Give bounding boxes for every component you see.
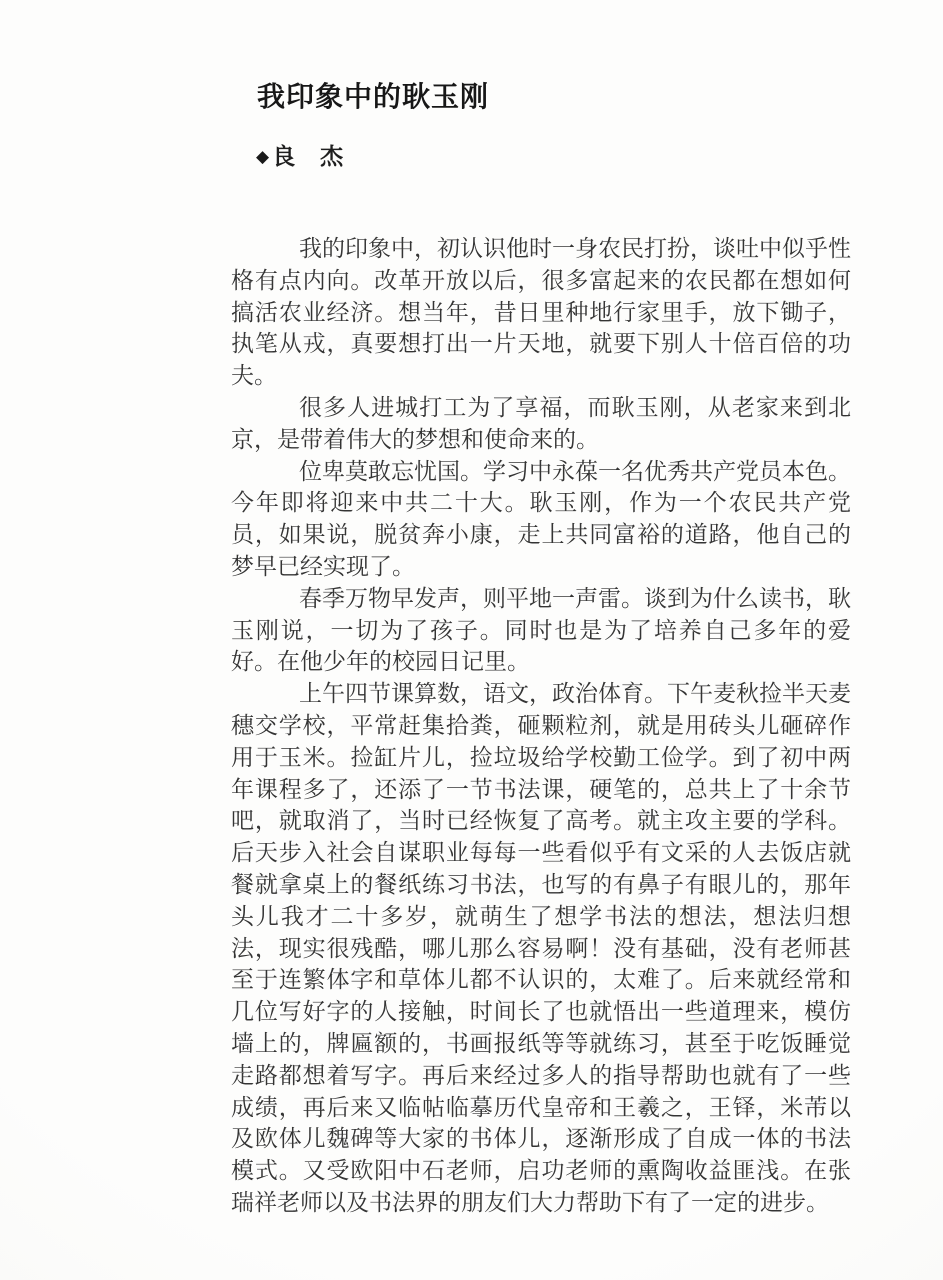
paragraph: 很多人进城打工为了享福，而耿玉刚，从老家来到北京，是带着伟大的梦想和使命来的。 bbox=[231, 392, 851, 456]
author-line: ◆良 杰 bbox=[256, 141, 344, 173]
author-name: 良 杰 bbox=[272, 144, 344, 169]
document-page: 我印象中的耿玉刚 ◆良 杰 我的印象中，初认识他时一身农民打扮，谈吐中似乎性格有… bbox=[0, 0, 943, 1280]
paragraph: 春季万物早发声，则平地一声雷。谈到为什么读书，耿玉刚说，一切为了孩子。同时也是为… bbox=[231, 583, 851, 678]
paragraph: 位卑莫敢忘忧国。学习中永葆一名优秀共产党员本色。今年即将迎来中共二十大。耿玉刚，… bbox=[231, 456, 851, 583]
page-title: 我印象中的耿玉刚 bbox=[257, 78, 489, 118]
paragraph: 我的印象中，初认识他时一身农民打扮，谈吐中似乎性格有点内向。改革开放以后，很多富… bbox=[231, 233, 851, 392]
paragraph: 上午四节课算数，语文，政治体育。下午麦秋捡半天麦穗交学校，平常赶集拾粪，砸颗粒剂… bbox=[231, 678, 851, 1219]
diamond-icon: ◆ bbox=[256, 147, 270, 166]
article-body: 我的印象中，初认识他时一身农民打扮，谈吐中似乎性格有点内向。改革开放以后，很多富… bbox=[231, 233, 851, 1219]
